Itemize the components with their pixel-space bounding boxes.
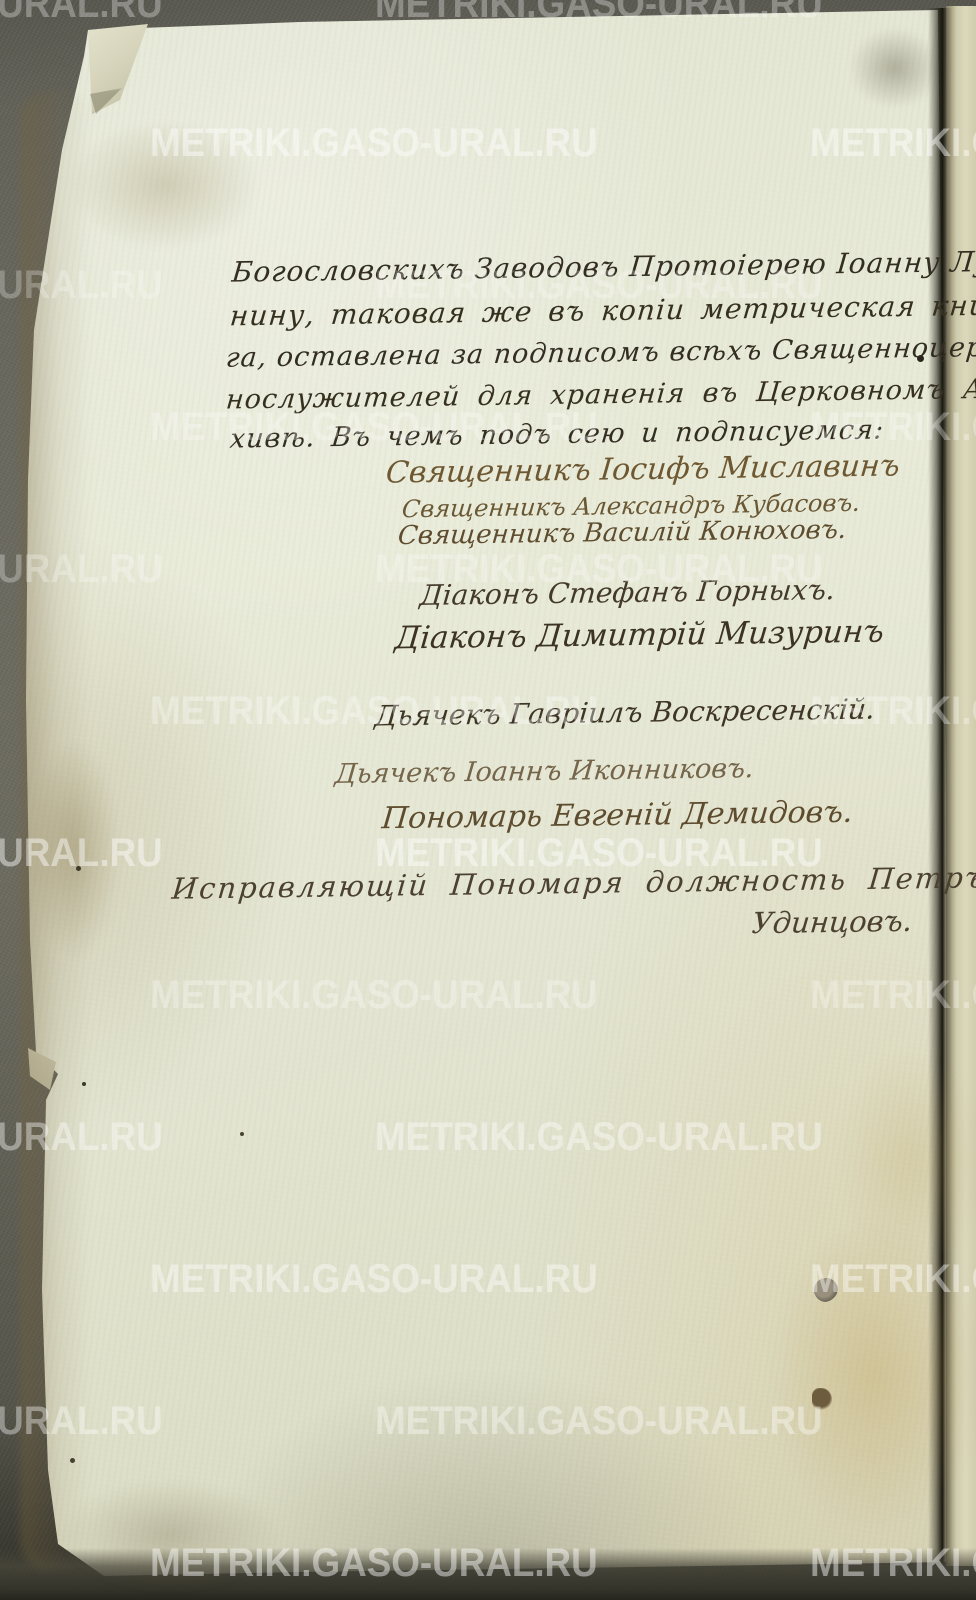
signature-line: Діаконъ Стефанъ Горныхъ. [419,573,837,612]
signature-line: Дьячекъ Гавріилъ Воскресенскій. [374,692,877,732]
signature-line: Священникъ Іосифъ Миславинъ [384,448,901,490]
signature-line: Дьячекъ Іоаннъ Иконниковъ. [334,753,756,790]
signature-line: Священникъ Василій Конюховъ. [397,515,848,551]
signature-line: Пономарь Евгеній Демидовъ. [380,795,854,837]
page-photo: Богословскихъ Заводовъ Протоіерею Іоанну… [0,0,976,1600]
signature-line: Удинцовъ. [750,904,913,940]
binding-shadow [928,8,952,1566]
bottom-shadow-band [0,1548,976,1600]
signature-line: Діаконъ Димитрій Мизуринъ [393,614,885,657]
